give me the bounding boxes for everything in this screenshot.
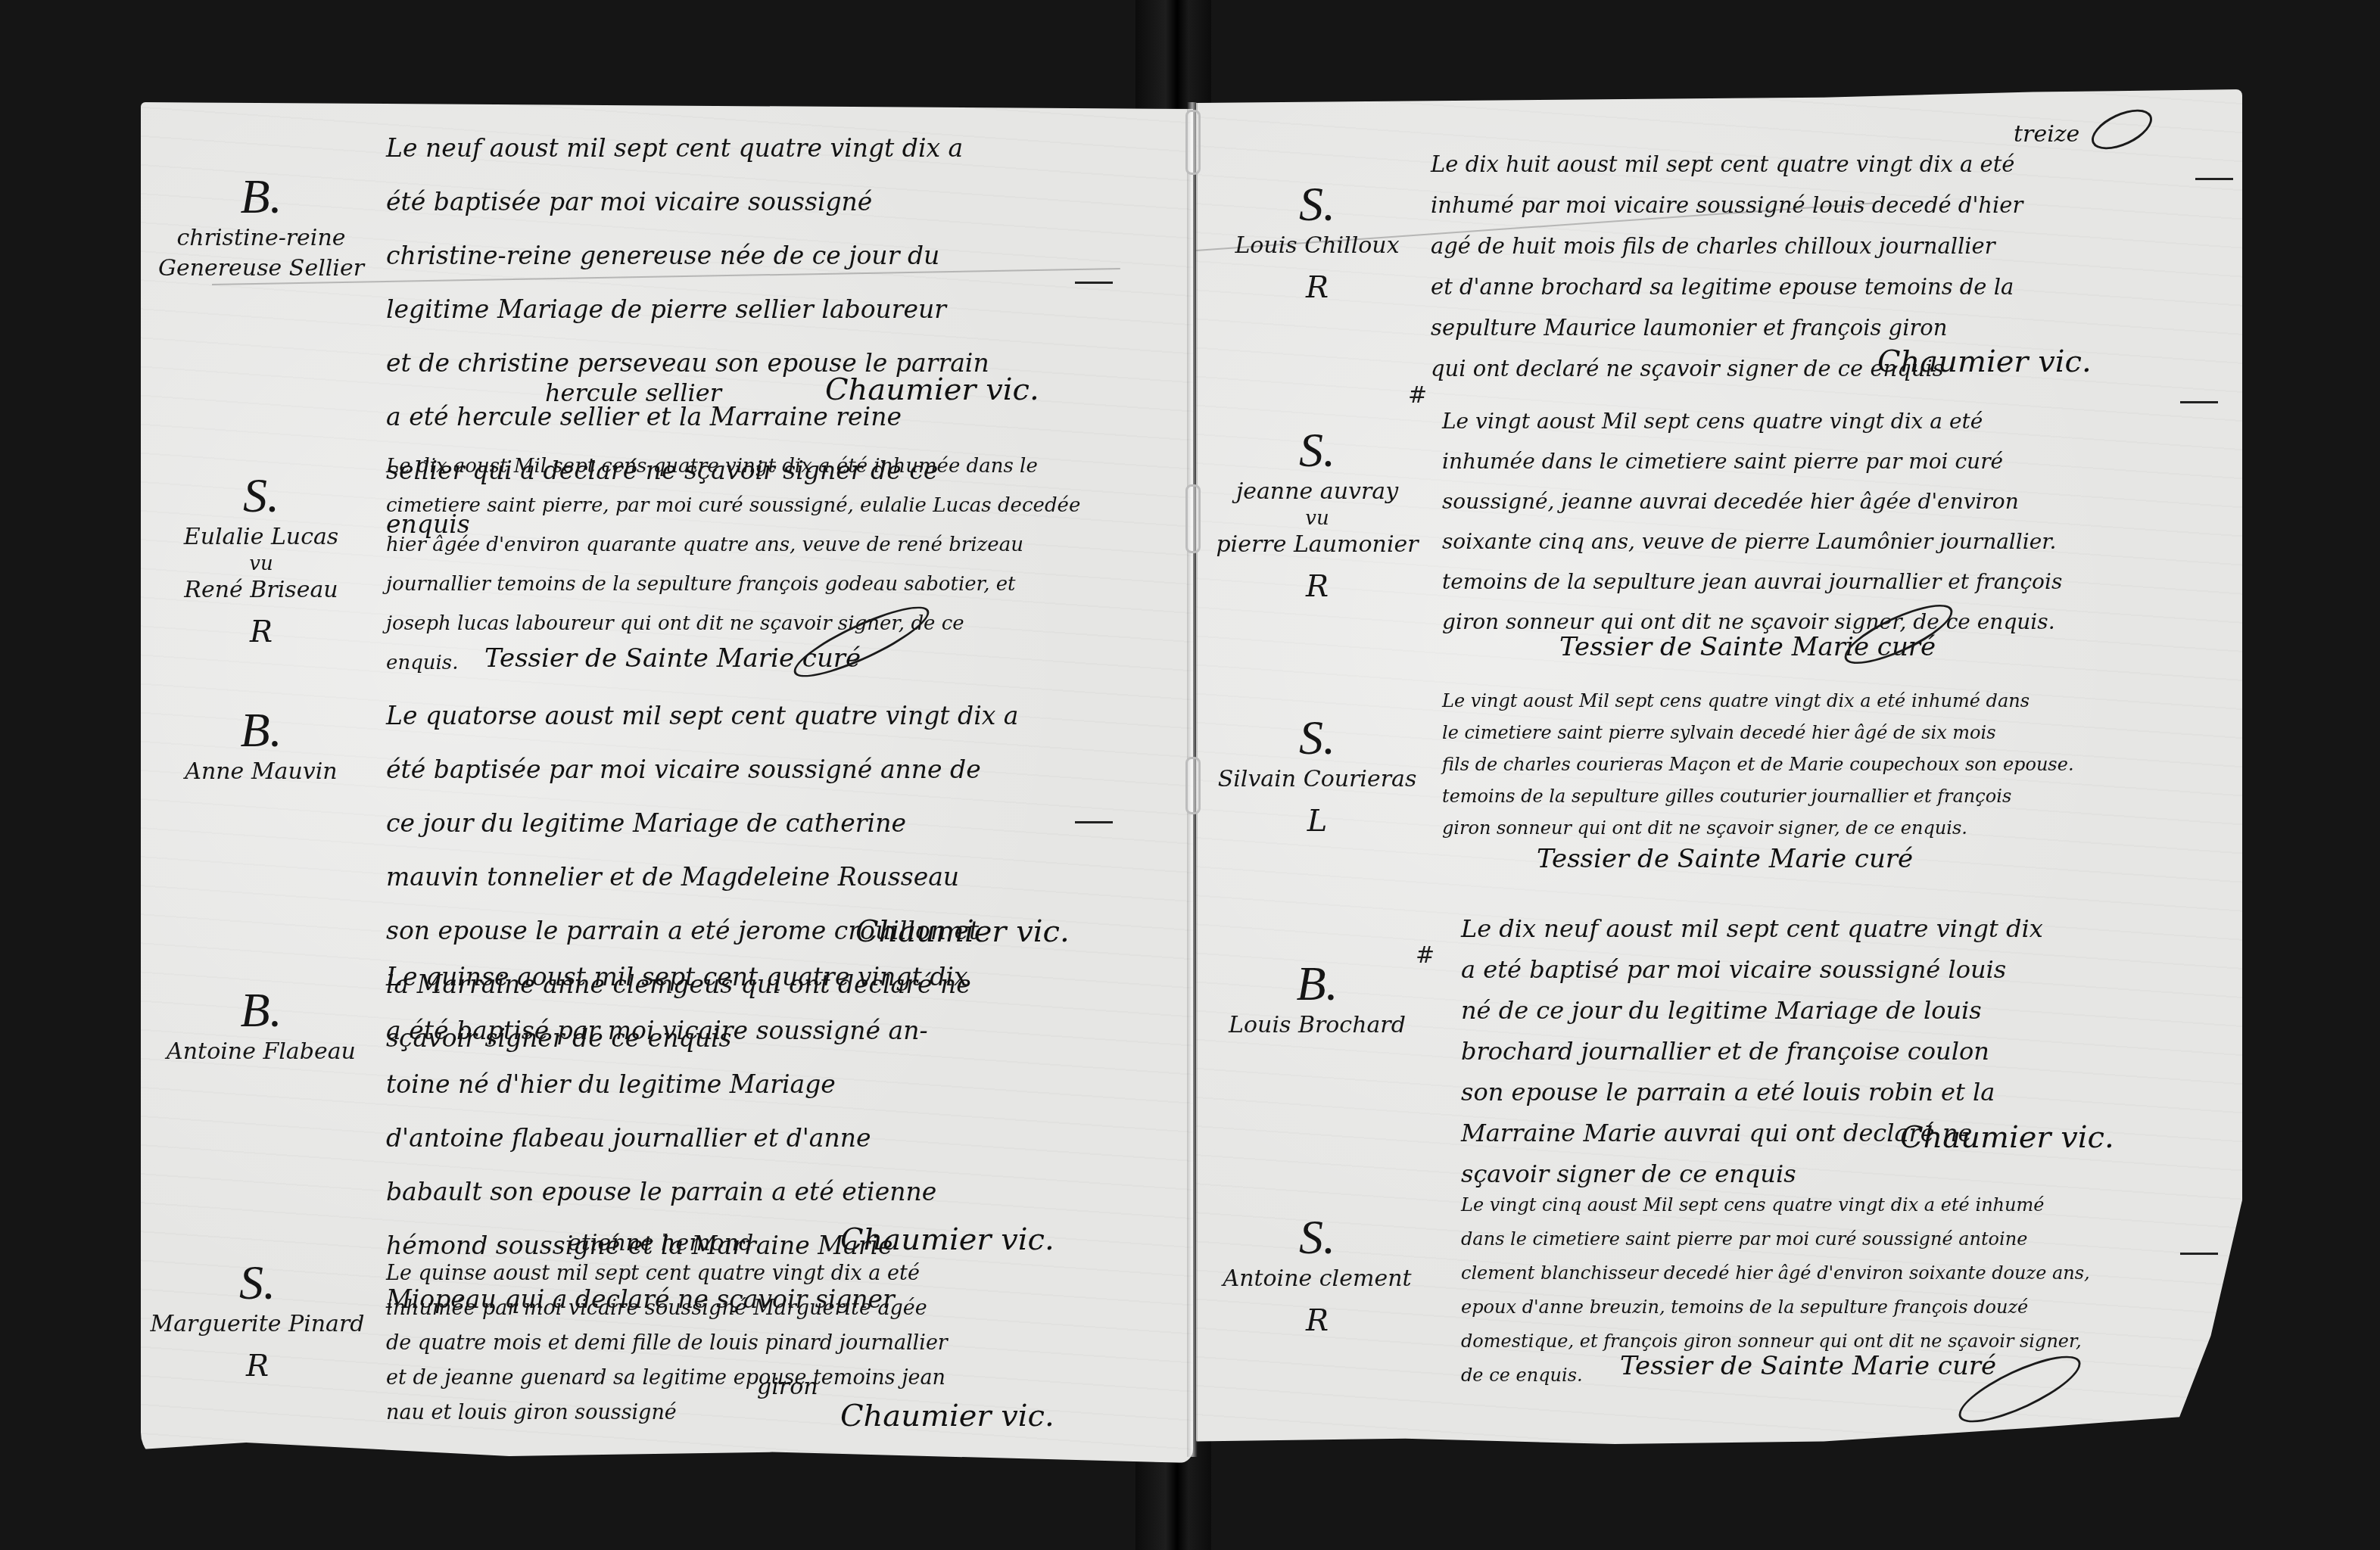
entry-line: joseph lucas laboureur qui ont dit ne sç…	[386, 604, 1080, 643]
witness-signature: etienne hemond	[568, 1230, 753, 1256]
entry-line: temoins de la sepulture jean auvrai jour…	[1442, 562, 2062, 602]
entry-line: Le vingt aoust Mil sept cens quatre ving…	[1442, 685, 2074, 717]
entry-type-code: B.	[136, 704, 386, 757]
vicar-signature: Chaumier vic.	[1877, 344, 2092, 379]
line-end-dash	[1075, 821, 1113, 823]
vicar-signature: Chaumier vic.	[1900, 1120, 2114, 1155]
entry-line: né de ce jour du legitime Mariage de lou…	[1461, 990, 2043, 1031]
margin-note: S. Eulalie Lucas vu René Briseau R	[136, 469, 386, 651]
margin-name: jeanne auvray	[1204, 477, 1431, 507]
entry-line: son epouse le parrain a eté louis robin …	[1461, 1072, 2043, 1113]
vicar-signature: Chaumier vic.	[840, 1399, 1054, 1433]
register-scan: treize B. christine-reine Genereuse Sell…	[0, 0, 2380, 1550]
entry-line: Le vingt cinq aoust Mil sept cens quatre…	[1461, 1188, 2090, 1222]
margin-name: Louis Brochard	[1204, 1010, 1431, 1041]
margin-mark: L	[1204, 802, 1431, 840]
entry-line: cimetiere saint pierre, par moi curé sou…	[386, 486, 1080, 525]
entry-line: hier âgée d'environ quarante quatre ans,…	[386, 525, 1080, 565]
margin-note: B. Antoine Flabeau	[136, 984, 386, 1067]
line-end-dash	[2195, 178, 2233, 180]
entry-line: inhumée par moi vicaire soussigné Margue…	[386, 1291, 948, 1326]
entry-line: clement blanchisseur decedé hier âgé d'e…	[1461, 1256, 2090, 1290]
entry-type-code: B.	[1204, 957, 1431, 1010]
line-end-dash	[1075, 282, 1113, 284]
entry-line: inhumée dans le cimetiere saint pierre p…	[1442, 441, 2062, 481]
entry-type-code: B.	[136, 984, 386, 1037]
margin-note: B. Louis Brochard	[1204, 957, 1431, 1041]
margin-name: Anne Mauvin	[136, 757, 386, 787]
entry-line: toine né d'hier du legitime Mariage	[386, 1057, 968, 1111]
entry-line: epoux d'anne breuzin, temoins de la sepu…	[1461, 1290, 2090, 1324]
margin-mark: R	[129, 1347, 386, 1385]
entry-line: Le dix neuf aoust mil sept cent quatre v…	[1461, 908, 2043, 949]
margin-note: S. Marguerite Pinard R	[129, 1256, 386, 1385]
entry-line: agé de huit mois fils de charles chillou…	[1431, 226, 2023, 266]
line-end-dash	[2180, 1253, 2218, 1255]
margin-name: Marguerite Pinard	[129, 1309, 386, 1340]
margin-name: Antoine Flabeau	[136, 1037, 386, 1067]
vicar-signature: Chaumier vic.	[855, 914, 1070, 949]
entry-line: été baptisée par moi vicaire soussigné a…	[386, 742, 1018, 796]
entry-type-code: S.	[1204, 1211, 1431, 1264]
entry-line: journallier temoins de la sepulture fran…	[386, 565, 1080, 604]
entry-line: sepulture Maurice laumonier et françois …	[1431, 307, 2023, 348]
entry-line: Le vingt aoust Mil sept cens quatre ving…	[1442, 401, 2062, 441]
entry-type-code: S.	[136, 469, 386, 522]
register-entry: Le vingt aoust Mil sept cens quatre ving…	[1442, 401, 2062, 642]
witness-signature: hercule sellier	[545, 378, 721, 407]
entry-line: soussigné, jeanne auvrai decedée hier âg…	[1442, 481, 2062, 521]
entry-line: été baptisée par moi vicaire soussigné	[386, 175, 989, 229]
entry-line: Le dix huit aoust mil sept cent quatre v…	[1431, 144, 2023, 185]
folio-number: treize	[2014, 121, 2079, 148]
entry-line: brochard journallier et de françoise cou…	[1461, 1031, 2043, 1072]
binding-stitch	[1185, 484, 1201, 553]
entry-line: et d'anne brochard sa legitime epouse te…	[1431, 266, 2023, 307]
cure-signature: Tessier de Sainte Marie curé	[1537, 844, 1913, 874]
margin-name: René Briseau	[136, 575, 386, 605]
witness-signature: giron	[757, 1374, 818, 1400]
margin-name: Antoine clement	[1204, 1264, 1431, 1294]
entry-line: ce jour du legitime Mariage de catherine	[386, 796, 1018, 850]
margin-mark: R	[1204, 269, 1431, 307]
margin-name: Silvain Courieras	[1204, 764, 1431, 795]
entry-line: Le neuf aoust mil sept cent quatre vingt…	[386, 121, 989, 175]
entry-line: Le quinse aoust mil sept cent quatre vin…	[386, 950, 968, 1004]
entry-line: soixante cinq ans, veuve de pierre Laumô…	[1442, 521, 2062, 562]
line-end-dash	[2180, 401, 2218, 403]
entry-line: giron sonneur qui ont dit ne sçavoir sig…	[1442, 812, 2074, 844]
entry-type-code: B.	[136, 170, 386, 223]
margin-name: Genereuse Sellier	[136, 254, 386, 284]
entry-line: Le quatorse aoust mil sept cent quatre v…	[386, 689, 1018, 742]
entry-line: Le dix aoust Mil sept cens quatre vingt …	[386, 447, 1080, 486]
entry-line: fils de charles courieras Maçon et de Ma…	[1442, 749, 2074, 780]
margin-mark: R	[1204, 568, 1431, 605]
entry-type-code: S.	[1204, 711, 1431, 764]
margin-note: S. Louis Chilloux R	[1204, 178, 1431, 307]
margin-vu: vu	[136, 552, 386, 575]
entry-line: a été baptisé par moi vicaire soussigné …	[386, 1004, 968, 1057]
entry-line: christine-reine genereuse née de ce jour…	[386, 229, 989, 282]
entry-line: Le quinse aoust mil sept cent quatre vin…	[386, 1256, 948, 1291]
entry-line: le cimetiere saint pierre sylvain decedé…	[1442, 717, 2074, 749]
entry-line: babault son epouse le parrain a eté etie…	[386, 1165, 968, 1219]
margin-note: S. Antoine clement R	[1204, 1211, 1431, 1340]
entry-type-code: S.	[129, 1256, 386, 1309]
entry-line: de quatre mois et demi fille de louis pi…	[386, 1326, 948, 1361]
entry-line: et de jeanne guenard sa legitime epouse …	[386, 1361, 948, 1396]
binding-stitch	[1185, 110, 1201, 175]
vicar-signature: Chaumier vic.	[825, 372, 1039, 407]
entry-line: d'antoine flabeau journallier et d'anne	[386, 1111, 968, 1165]
margin-note: S. Silvain Courieras L	[1204, 711, 1431, 840]
margin-note: B. christine-reine Genereuse Sellier	[136, 170, 386, 284]
margin-mark: R	[1204, 1302, 1431, 1340]
margin-name: Louis Chilloux	[1204, 231, 1431, 261]
margin-name: christine-reine	[136, 223, 386, 254]
entry-line: legitime Mariage de pierre sellier labou…	[386, 282, 989, 336]
entry-line: dans le cimetiere saint pierre par moi c…	[1461, 1222, 2090, 1256]
vicar-signature: Chaumier vic.	[840, 1222, 1054, 1257]
binding-stitch	[1185, 757, 1201, 814]
register-entry: Le vingt aoust Mil sept cens quatre ving…	[1442, 685, 2074, 844]
entry-line: inhumé par moi vicaire soussigné louis d…	[1431, 185, 2023, 226]
entry-type-code: S.	[1204, 178, 1431, 231]
margin-vu: vu	[1204, 507, 1431, 530]
margin-note: S. jeanne auvray vu pierre Laumonier R	[1204, 424, 1431, 605]
margin-note: B. Anne Mauvin	[136, 704, 386, 787]
margin-mark: R	[136, 613, 386, 651]
margin-name: pierre Laumonier	[1204, 530, 1431, 560]
entry-line: mauvin tonnelier et de Magdeleine Rousse…	[386, 850, 1018, 904]
hash-marker: #	[1408, 382, 1427, 409]
cure-signature: Tessier de Sainte Marie curé	[1620, 1351, 1996, 1381]
entry-line: temoins de la sepulture gilles couturier…	[1442, 780, 2074, 812]
margin-name: Eulalie Lucas	[136, 522, 386, 552]
entry-type-code: S.	[1204, 424, 1431, 477]
entry-line: a eté baptisé par moi vicaire soussigné …	[1461, 949, 2043, 990]
